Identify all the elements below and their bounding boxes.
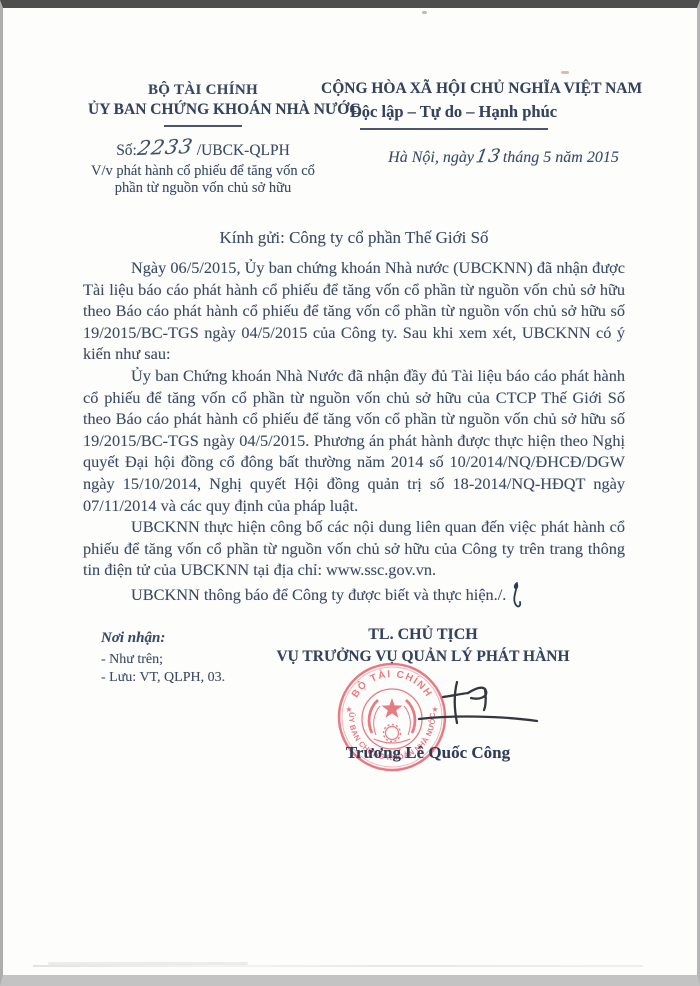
document-number-label: Số: — [116, 142, 137, 159]
scan-artifact-red-dot — [561, 71, 569, 74]
signature-stroke-loop — [468, 688, 486, 699]
handwritten-flourish-mark — [508, 581, 524, 611]
date-day-handwritten: 13 — [474, 145, 503, 167]
agency-underline — [164, 125, 242, 127]
subject-line: V/v phát hành cổ phiếu để tăng vốn cổ ph… — [88, 163, 318, 198]
signer-name: Trương Lê Quốc Công — [303, 743, 553, 763]
signature-scribble — [413, 676, 548, 731]
national-title: CỘNG HÒA XÃ HỘI CHỦ NGHĨA VIỆT NAM — [321, 80, 586, 98]
emblem-star — [382, 698, 403, 718]
paragraph: UBCKNN thực hiện công bố các nội dung li… — [83, 516, 625, 581]
emblem-cogwheel — [386, 727, 399, 740]
scan-artifact-streak — [33, 965, 643, 967]
signature-stroke-descender — [484, 689, 486, 710]
recipients-block: Nơi nhận: - Như trên; - Lưu: VT, QLPH, 0… — [101, 629, 225, 688]
place-date-line: Hà Nội, ngày13tháng 5 năm 2015 — [371, 146, 636, 167]
closing-text: UBCKNN thông báo để Công ty được biết và… — [131, 585, 506, 604]
national-motto: Độc lập – Tự do – Hạnh phúc — [321, 102, 586, 122]
document-number-line: Số:2233/UBCK-QLPH — [88, 136, 318, 160]
document-number-code: /UBCK-QLPH — [197, 142, 290, 159]
scan-artifact-gray-dot — [422, 11, 427, 14]
emblem-wreath-right-inner — [404, 706, 410, 735]
signer-behalf-title: TL. CHỦ TỊCH — [283, 626, 563, 644]
salutation-line: Kính gửi: Công ty cổ phần Thế Giới Số — [83, 228, 625, 248]
emblem-wreath-left-inner — [374, 706, 380, 735]
place-date-suffix: tháng 5 năm 2015 — [503, 149, 619, 166]
letter-page: BỘ TÀI CHÍNH ỦY BAN CHỨNG KHOÁN NHÀ NƯỚC… — [3, 8, 697, 975]
recipients-label: Nơi nhận: — [101, 629, 225, 648]
header-issuer-block: BỘ TÀI CHÍNH ỦY BAN CHỨNG KHOÁN NHÀ NƯỚC… — [88, 82, 318, 198]
signature-stroke-underline — [419, 717, 537, 721]
paragraph: Ủy ban Chứng khoán Nhà Nước đã nhận đầy … — [83, 365, 625, 516]
paragraph-closing: UBCKNN thông báo để Công ty được biết và… — [83, 581, 625, 611]
paragraph: Ngày 06/5/2015, Ủy ban chứng khoán Nhà n… — [83, 257, 625, 365]
scan-artifact-streak — [48, 962, 248, 965]
place-date-prefix: Hà Nội, ngày — [388, 149, 474, 166]
header-national-block: CỘNG HÒA XÃ HỘI CHỦ NGHĨA VIỆT NAM Độc l… — [321, 80, 586, 167]
seal-star-left: ★ — [345, 705, 352, 714]
letter-body: Ngày 06/5/2015, Ủy ban chứng khoán Nhà n… — [83, 257, 625, 611]
recipient-item: - Lưu: VT, QLPH, 03. — [101, 669, 225, 688]
emblem-wreath-left — [369, 700, 378, 733]
agency-name: ỦY BAN CHỨNG KHOÁN NHÀ NƯỚC — [88, 101, 318, 119]
document-number-handwritten: 2233 — [136, 134, 196, 160]
motto-underline — [360, 128, 548, 130]
recipient-item: - Như trên; — [101, 651, 225, 670]
scanned-document-page: BỘ TÀI CHÍNH ỦY BAN CHỨNG KHOÁN NHÀ NƯỚC… — [0, 0, 700, 986]
ministry-name: BỘ TÀI CHÍNH — [88, 82, 318, 99]
